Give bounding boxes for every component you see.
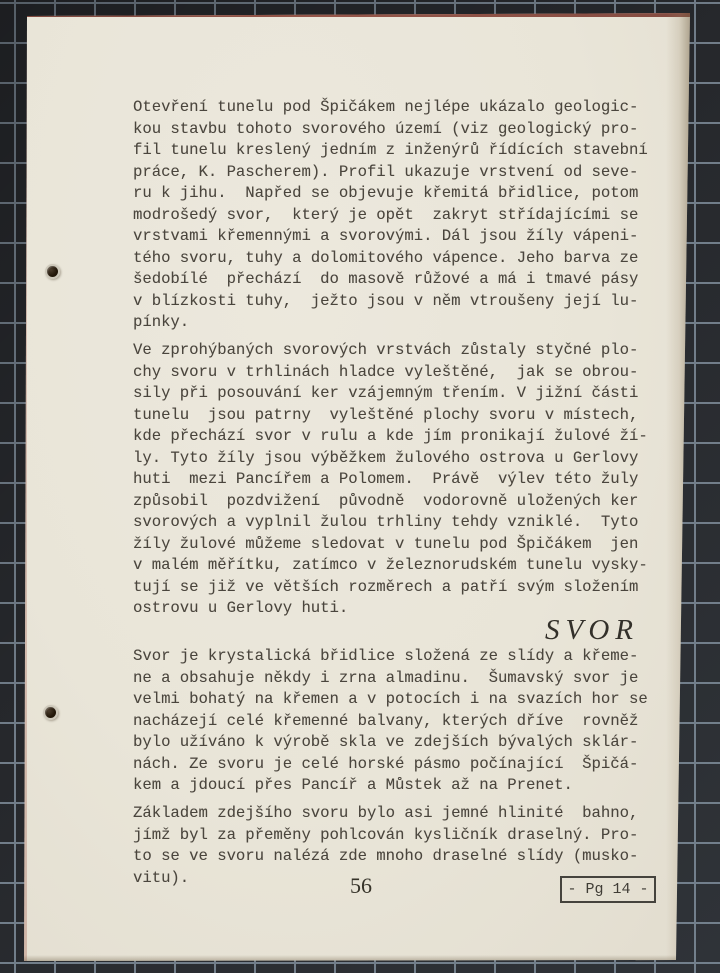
text-line: Ve zprohýbaných svorových vrstvách zůsta… <box>133 340 649 362</box>
text-line: pínky. <box>133 312 649 334</box>
text-line: kem a jdoucí přes Pancíř a Můstek až na … <box>133 775 649 797</box>
page-bottom-edge-shadow <box>24 955 690 961</box>
desk-background: Otevření tunelu pod Špičákem nejlépe uká… <box>0 0 720 973</box>
paragraph: Ve zprohýbaných svorových vrstvách zůsta… <box>133 340 649 620</box>
text-line: ne a obsahuje někdy i zrna almadinu. Šum… <box>133 668 649 690</box>
text-line: modrošedý svor, který je opět zakryt stř… <box>133 205 649 227</box>
punch-hole-top <box>45 264 60 279</box>
text-line: nách. Ze svoru je celé horské pásmo počí… <box>133 754 649 776</box>
text-line: kde přechází svor v rulu a kde jím proni… <box>133 426 649 448</box>
paragraph: Svor je krystalická břidlice složená ze … <box>133 646 649 797</box>
text-line: žíly žulové můžeme sledovat v tunelu pod… <box>133 534 649 556</box>
text-line: velmi bohatý na křemen a v potocích i na… <box>133 689 649 711</box>
text-line: bylo užíváno k výrobě skla ve zdejších b… <box>133 732 649 754</box>
section-heading: SVOR <box>133 620 639 640</box>
text-line: práce, K. Pascherem). Profil ukazuje vrs… <box>133 162 649 184</box>
text-line: huti mezi Pancířem a Polomem. Právě výle… <box>133 469 649 491</box>
text-line: svorových a vyplnil žulou trhliny tehdy … <box>133 512 649 534</box>
text-line: tunelu jsou patrny vyleštěné plochy svor… <box>133 405 649 427</box>
text-line: v blízkosti tuhy, ježto jsou v něm vtrou… <box>133 291 649 313</box>
text-line: způsobil pozdvižení původně vodorovně ul… <box>133 491 649 513</box>
text-line: nacházejí celé křemenné balvany, kterých… <box>133 711 649 733</box>
text-line: to se ve svoru nalézá zde mnoho draselné… <box>133 846 649 868</box>
text-line: tují se již ve větších rozměrech a patří… <box>133 577 649 599</box>
page-number: 56 <box>350 873 372 899</box>
text-line: Svor je krystalická břidlice složená ze … <box>133 646 649 668</box>
paragraph: Otevření tunelu pod Špičákem nejlépe uká… <box>133 97 649 334</box>
document-page: Otevření tunelu pod Špičákem nejlépe uká… <box>24 13 690 961</box>
pagination-stamp: - Pg 14 - <box>560 876 656 903</box>
page-top-red-edge <box>24 13 690 17</box>
page-left-edge-shadow <box>24 15 27 963</box>
text-line: šedobílé přechází do masově růžové a má … <box>133 269 649 291</box>
text-line: Základem zdejšího svoru bylo asi jemné h… <box>133 803 649 825</box>
punch-hole-bottom <box>43 705 58 720</box>
text-line: v malém měřítku, zatímco v železnorudské… <box>133 555 649 577</box>
text-line: chy svoru v trhlinách hladce vyleštěné, … <box>133 362 649 384</box>
text-line: ly. Tyto žíly jsou výběžkem žulového ost… <box>133 448 649 470</box>
page-content: Otevření tunelu pod Špičákem nejlépe uká… <box>133 97 649 896</box>
text-line: vrstvami křemennými a svorovými. Dál jso… <box>133 226 649 248</box>
text-line: sily při posouvání ker vzájemným třením.… <box>133 383 649 405</box>
text-line: fil tunelu kreslený jedním z inženýrů ří… <box>133 140 649 162</box>
text-line: kou stavbu tohoto svorového území (viz g… <box>133 119 649 141</box>
text-line: jímž byl za přeměny pohlcován kysličník … <box>133 825 649 847</box>
text-line: Otevření tunelu pod Špičákem nejlépe uká… <box>133 97 649 119</box>
page-right-edge-shadow <box>666 13 690 961</box>
text-line: tého svoru, tuhy a dolomitového vápence.… <box>133 248 649 270</box>
text-line: ru k jihu. Napřed se objevuje křemitá bř… <box>133 183 649 205</box>
